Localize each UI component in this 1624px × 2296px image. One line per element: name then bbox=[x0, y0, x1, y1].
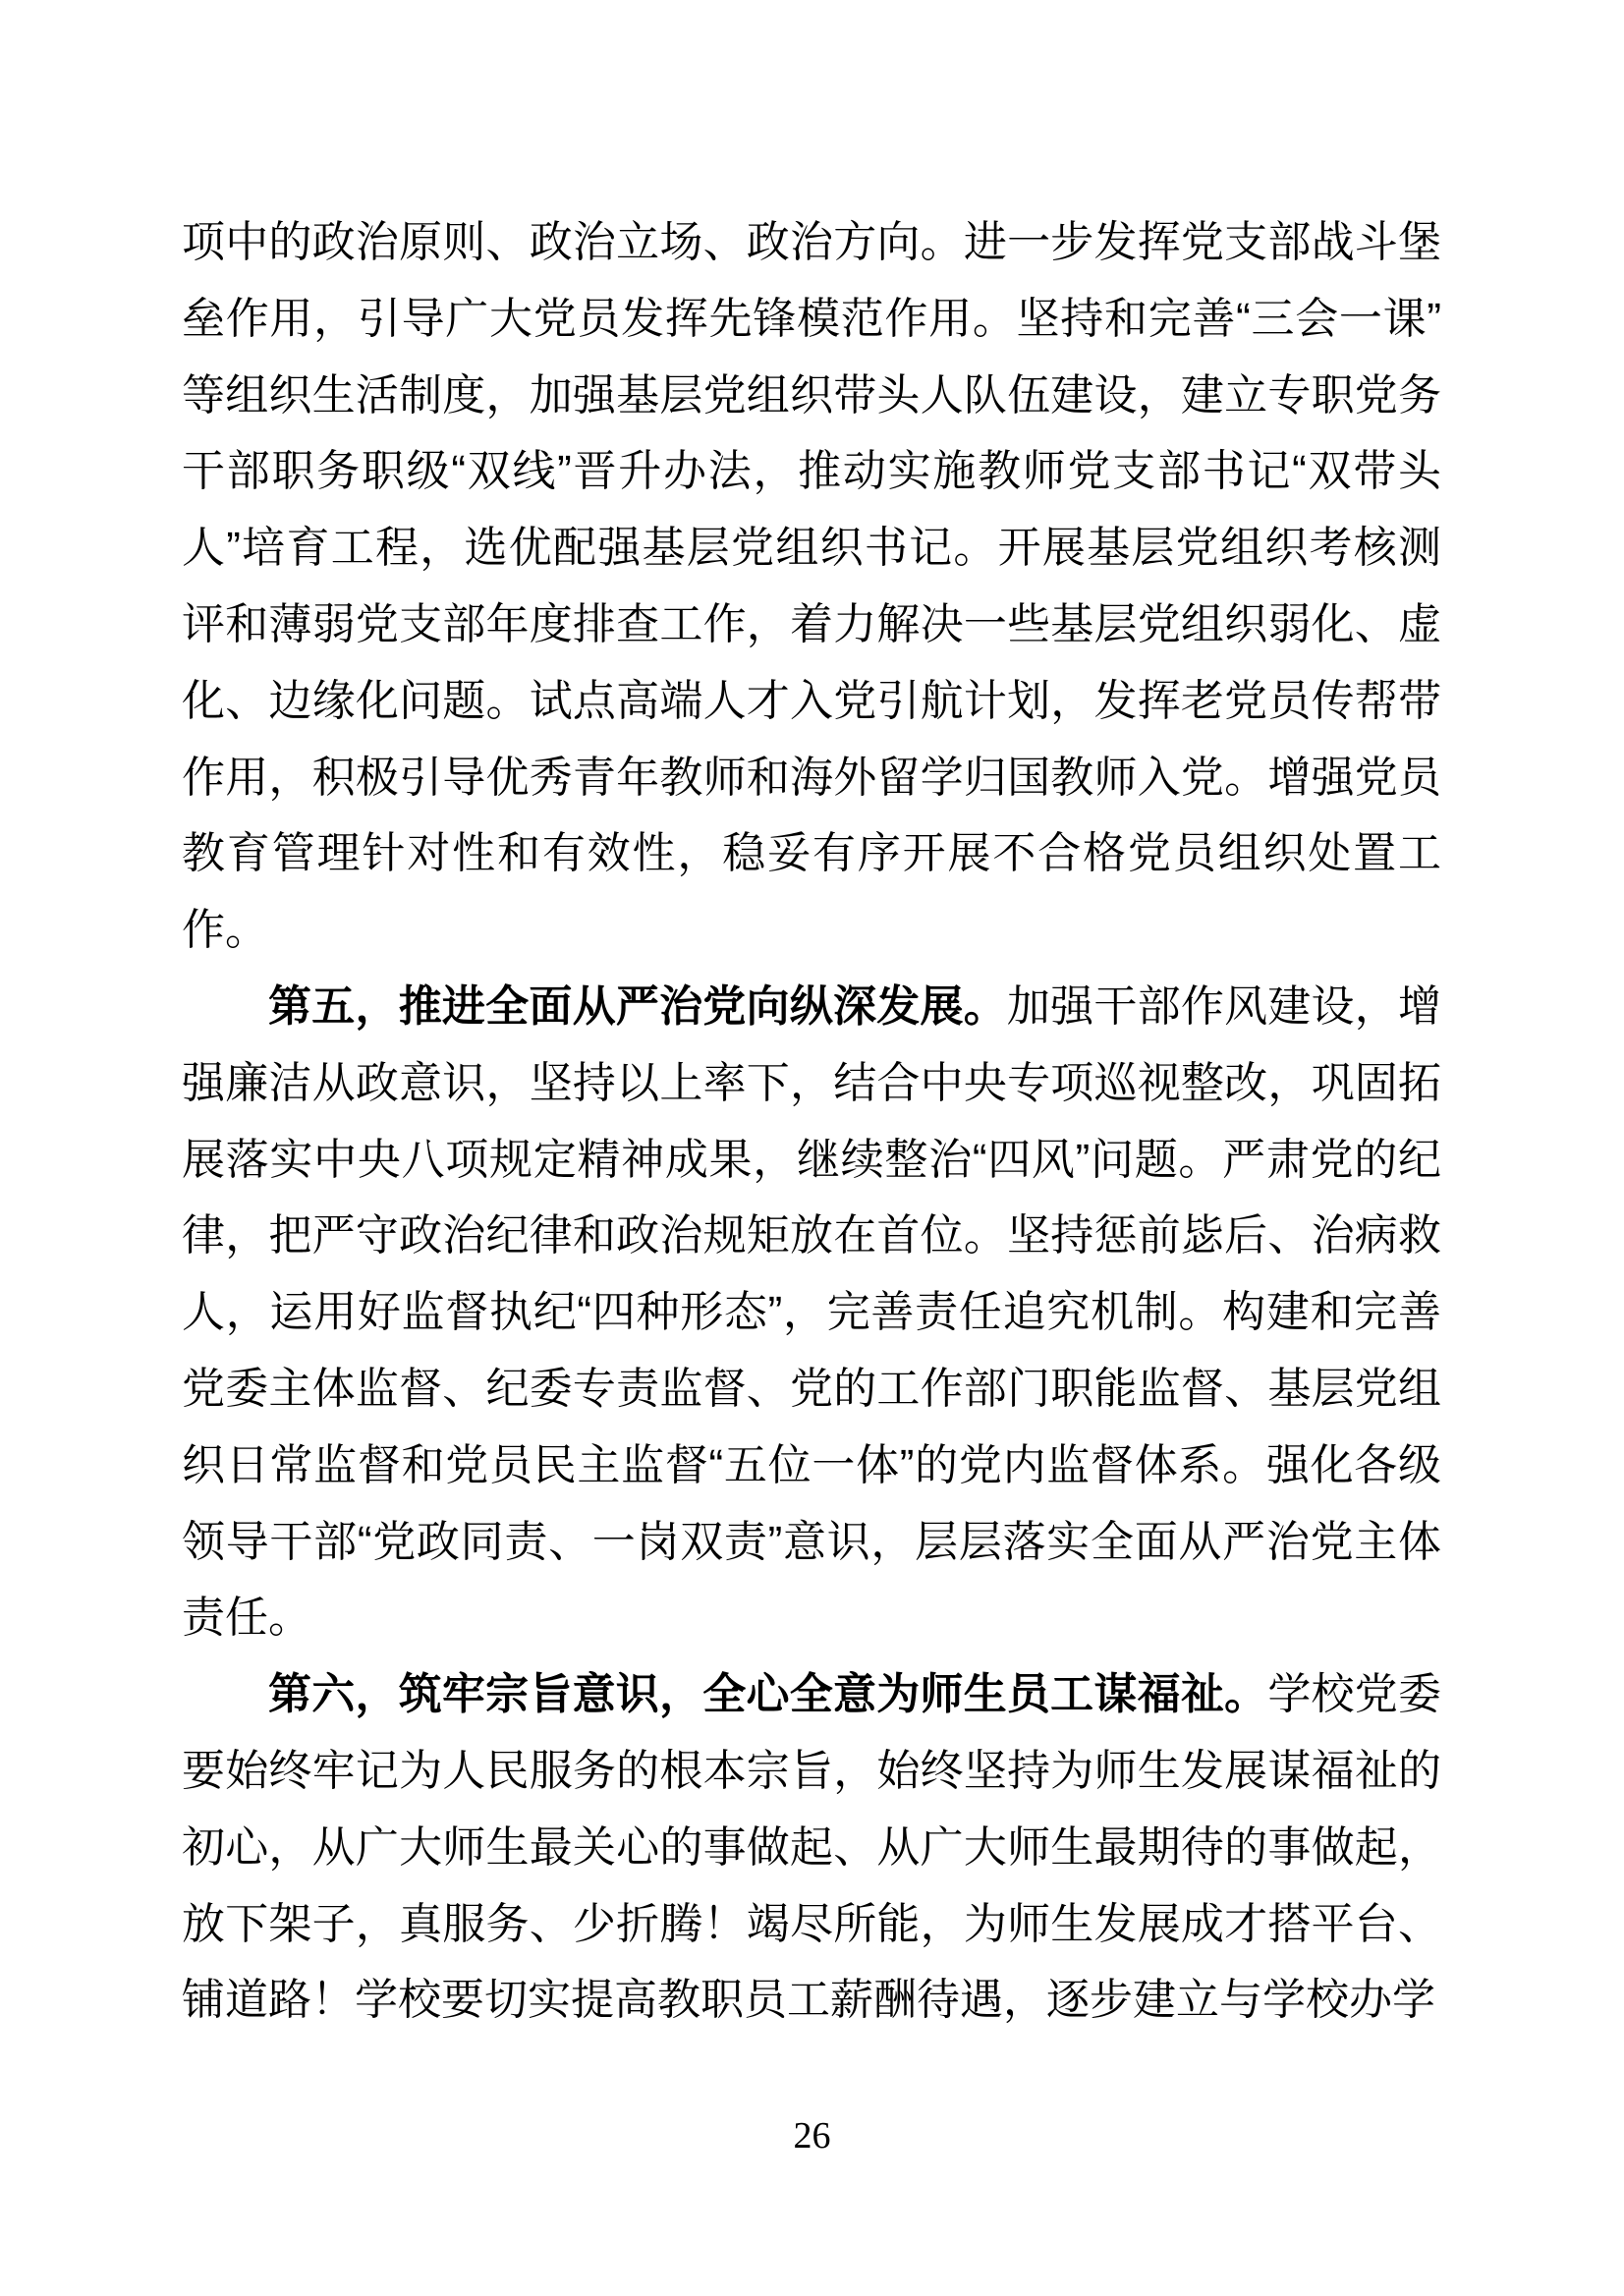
paragraph: 项中的政治原则、政治立场、政治方向。进一步发挥党支部战斗堡垒作用，引导广大党员发… bbox=[182, 204, 1441, 969]
paragraph: 第五，推进全面从严治党向纵深发展。加强干部作风建设，增强廉洁从政意识，坚持以上率… bbox=[182, 969, 1441, 1656]
paragraph-text: 加强干部作风建设，增强廉洁从政意识，坚持以上率下，结合中央专项巡视整改，巩固拓展… bbox=[182, 982, 1441, 1642]
paragraph-lead-emphasis: 第五，推进全面从严治党向纵深发展。 bbox=[268, 982, 1007, 1031]
document-body: 项中的政治原则、政治立场、政治方向。进一步发挥党支部战斗堡垒作用，引导广大党员发… bbox=[182, 204, 1441, 2039]
paragraph-text: 学校党委要始终牢记为人民服务的根本宗旨，始终坚持为师生发展谋福祉的初心，从广大师… bbox=[182, 1670, 1441, 2024]
page-footer: 26 bbox=[0, 2114, 1624, 2157]
page-number: 26 bbox=[794, 2115, 831, 2156]
paragraph: 第六，筑牢宗旨意识，全心全意为师生员工谋福祉。学校党委要始终牢记为人民服务的根本… bbox=[182, 1656, 1441, 2039]
paragraph-lead-emphasis: 第六，筑牢宗旨意识，全心全意为师生员工谋福祉。 bbox=[268, 1670, 1267, 1718]
paragraph-text: 项中的政治原则、政治立场、政治方向。进一步发挥党支部战斗堡垒作用，引导广大党员发… bbox=[182, 218, 1441, 954]
document-page: 项中的政治原则、政治立场、政治方向。进一步发挥党支部战斗堡垒作用，引导广大党员发… bbox=[0, 0, 1624, 2296]
